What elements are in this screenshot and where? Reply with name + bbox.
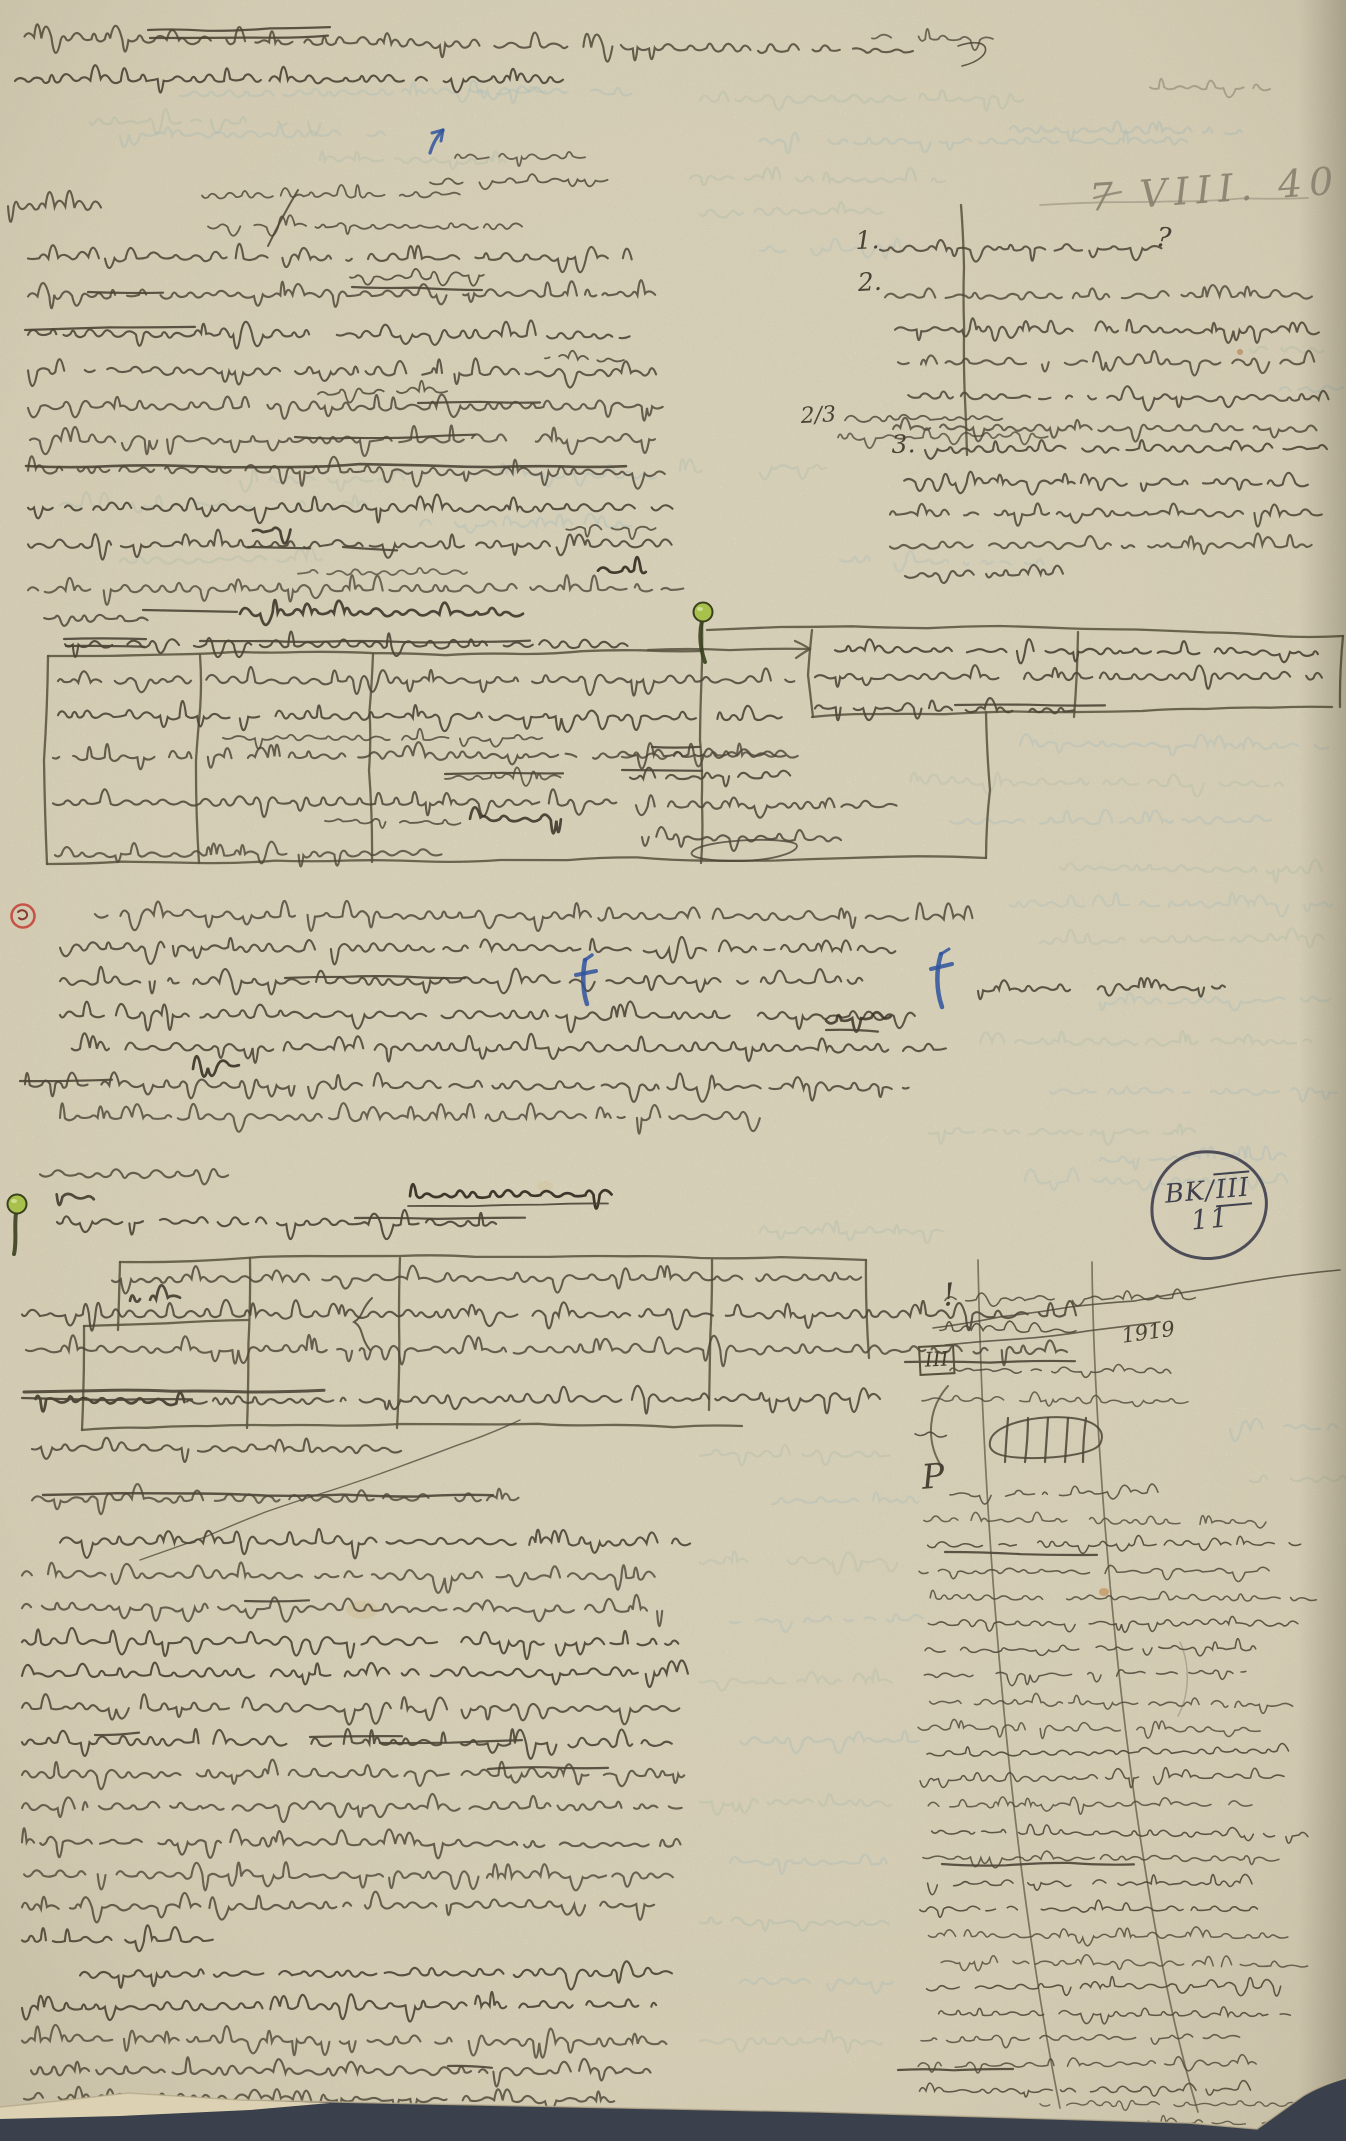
paragraph-initial-note: P [920,1456,946,1498]
vignette-overlay [0,0,1346,2141]
section-numeral-note: III [918,1344,955,1376]
stamp-numeral: III [1213,1170,1252,1207]
list-marker-2: 2. [857,267,882,297]
manuscript-page: 7 VIII. 40 1. 2. 3. 2/3 ? ! III 1919 P B… [0,0,1346,2141]
stamp-number: 11 [1190,1204,1231,1234]
fraction-note: 2/3 [800,402,837,429]
list-marker-1: 1. [855,225,880,255]
page-edge-shadow [1298,0,1346,2141]
stamp-line-1: BK/III [1164,1174,1252,1207]
handwriting-layer [0,0,1346,2141]
list-marker-3: 3. [891,429,916,459]
